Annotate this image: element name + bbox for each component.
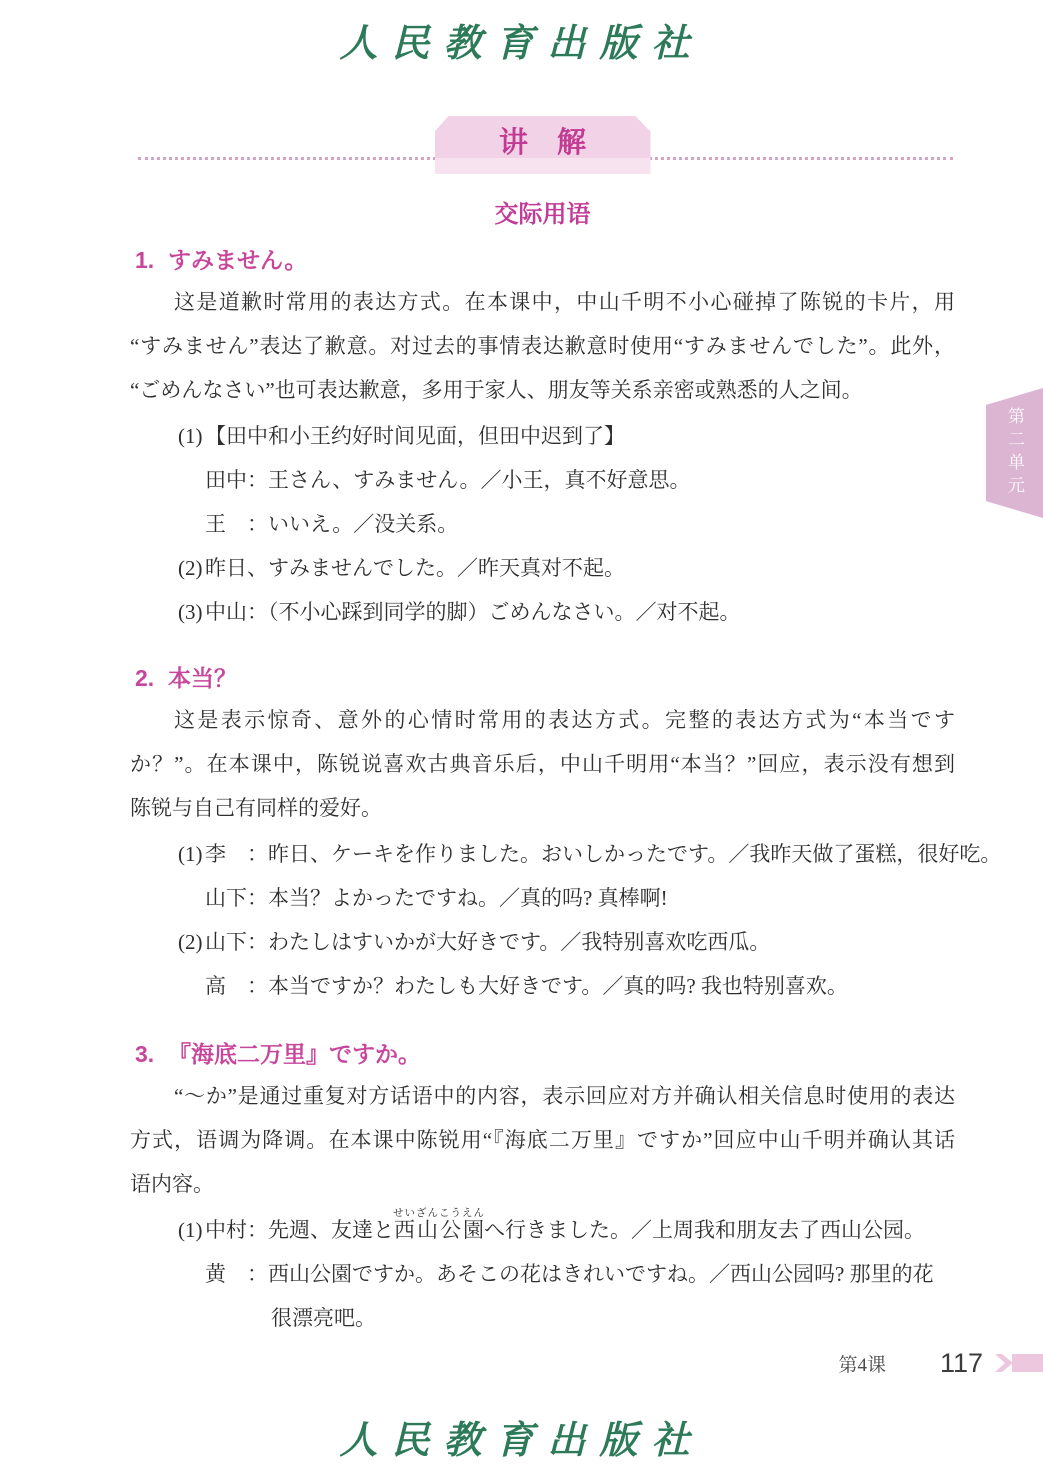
section-number: 3. [135, 1038, 168, 1070]
paragraph-line: 陈锐与自己有同样的爱好。 [130, 786, 955, 830]
speaker-name: 黄 ： [205, 1262, 268, 1286]
section-banner: 讲 解 [130, 116, 955, 174]
section-1-examples: (1)【田中和小王约好时间见面，但田中迟到了】 田中：王さん、すみません。／小王… [130, 414, 955, 634]
example-number: (2) [178, 920, 205, 964]
example-number: (2) [178, 546, 205, 590]
dialogue-text: （不小心踩到同学的脚）ごめんなさい。／对不起。 [268, 600, 741, 624]
speaker-name: 山下： [205, 886, 268, 910]
dialogue-line: 高 ：本当ですか？わたしも大好きです。／真的吗? 我也特别喜欢。 [178, 964, 955, 1008]
dialogue-text: いいえ。／没关系。 [268, 512, 458, 536]
section-1: 1.すみません。 这是道歉时常用的表达方式。在本课中，中山千明不小心碰掉了陈锐的… [130, 244, 955, 634]
unit-tab-label: 第二单元 [1002, 407, 1027, 499]
speaker-name: 田中： [205, 468, 268, 492]
section-3: 3.『海底二万里』ですか。 “～か”是通过重复对方话语中的内容，表示回应对方并确… [130, 1038, 955, 1340]
example-number: (1) [178, 832, 205, 876]
lesson-label: 第4课 [838, 1350, 886, 1377]
dialogue-line: 王 ：いいえ。／没关系。 [178, 502, 955, 546]
dialogue-text: 昨日、ケーキを作りました。おいしかったです。／我昨天做了蛋糕，很好吃。 [268, 842, 1001, 866]
ruby-pre-text: 先週、友達と [268, 1218, 394, 1242]
dialogue-text: 本当？よかったですね。／真的吗? 真棒啊! [268, 886, 668, 910]
dialogue-text: わたしはすいかが大好きです。／我特别喜欢吃西瓜。 [268, 930, 770, 954]
dialogue-line: (2)昨日、すみませんでした。／昨天真对不起。 [178, 546, 955, 590]
dialogue-line: 山下：本当？よかったですね。／真的吗? 真棒啊! [178, 876, 955, 920]
ruby-post-text: へ行きました。／上周我和朋友去了西山公园。 [484, 1218, 925, 1242]
dialogue-line: 田中：王さん、すみません。／小王，真不好意思。 [178, 458, 955, 502]
section-number: 1. [135, 244, 168, 276]
paragraph-line: “～か”是通过重复对方话语中的内容，表示回应对方并确认相关信息时使用的表达 [130, 1074, 955, 1118]
section-title: すみません。 [168, 247, 307, 273]
page-footer: 第4课 117 [0, 1348, 1043, 1378]
dialogue-line: (2)山下：わたしはすいかが大好きです。／我特别喜欢吃西瓜。 [178, 920, 955, 964]
section-1-heading: 1.すみません。 [135, 244, 955, 276]
speaker-name: 王 ： [205, 512, 268, 536]
unit-tab: 第二单元 [986, 388, 1043, 518]
paragraph-line: “すみません”表达了歉意。对过去的事情表达歉意时使用“すみませんでした”。此外， [130, 324, 955, 368]
dialogue-line: (1)中村：先週、友達と西山公園せいざんこうえんへ行きました。／上周我和朋友去了… [178, 1208, 955, 1252]
paragraph-line: “ごめんなさい”也可表达歉意，多用于家人、朋友等关系亲密或熟悉的人之间。 [130, 368, 955, 412]
speaker-name: 中山： [205, 600, 268, 624]
dialogue-text: 很漂亮吧。 [205, 1306, 376, 1330]
dialogue-text: 先週、友達と西山公園せいざんこうえんへ行きました。／上周我和朋友去了西山公园。 [268, 1218, 925, 1242]
speaker-name: 山下： [205, 930, 268, 954]
ruby-base: 西山公園 [393, 1218, 485, 1242]
dialogue-line: 黄 ：西山公園ですか。あそこの花はきれいですね。／西山公园吗? 那里的花 [178, 1252, 955, 1296]
textbook-page: 人民教育出版社 讲 解 交际用语 1.すみません。 这是道歉时常用的表达方式。在… [0, 0, 1043, 1474]
page-subtitle: 交际用语 [130, 200, 955, 230]
section-2: 2.本当？ 这是表示惊奇、意外的心情时常用的表达方式。完整的表达方式为“本当です… [130, 662, 955, 1008]
section-2-examples: (1)李 ：昨日、ケーキを作りました。おいしかったです。／我昨天做了蛋糕，很好吃… [130, 832, 955, 1008]
example-number: (1) [178, 414, 205, 458]
section-title: 『海底二万里』ですか。 [168, 1041, 421, 1067]
section-number: 2. [135, 662, 168, 694]
dialogue-line-continuation: 很漂亮吧。 [178, 1296, 955, 1340]
chevron-right-icon [995, 1354, 1043, 1372]
speaker-name: 中村： [205, 1218, 268, 1242]
section-title: 本当？ [168, 665, 237, 691]
paragraph-line: 这是表示惊奇、意外的心情时常用的表达方式。完整的表达方式为“本当です [130, 698, 955, 742]
page-content: 讲 解 交际用语 1.すみません。 这是道歉时常用的表达方式。在本课中，中山千明… [130, 100, 955, 1340]
dialogue-line: (1)李 ：昨日、ケーキを作りました。おいしかったです。／我昨天做了蛋糕，很好吃… [178, 832, 955, 876]
paragraph-line: か？”。在本课中，陈锐说喜欢古典音乐后，中山千明用“本当？”回应，表示没有想到 [130, 742, 955, 786]
banner-shape: 讲 解 [435, 116, 651, 174]
dialogue-text: 本当ですか？わたしも大好きです。／真的吗? 我也特别喜欢。 [268, 974, 848, 998]
dialogue-text: 王さん、すみません。／小王，真不好意思。 [268, 468, 691, 492]
paragraph-line: 这是道歉时常用的表达方式。在本课中，中山千明不小心碰掉了陈锐的卡片，用 [130, 280, 955, 324]
paragraph-line: 语内容。 [130, 1162, 955, 1206]
speaker-name: 李 ： [205, 842, 268, 866]
dialogue-line: (3)中山：（不小心踩到同学的脚）ごめんなさい。／对不起。 [178, 590, 955, 634]
paragraph-line: 方式，语调为降调。在本课中陈锐用“『海底二万里』ですか”回应中山千明并确认其话 [130, 1118, 955, 1162]
dialogue-line: (1)【田中和小王约好时间见面，但田中迟到了】 [178, 414, 955, 458]
dialogue-text: 【田中和小王约好时间见面，但田中迟到了】 [205, 424, 625, 448]
publisher-logo-bottom: 人民教育出版社 [0, 1409, 1043, 1464]
example-number: (1) [178, 1208, 205, 1252]
dialogue-text: 昨日、すみませんでした。／昨天真对不起。 [205, 556, 625, 580]
page-number: 117 [940, 1348, 983, 1379]
section-3-examples: (1)中村：先週、友達と西山公園せいざんこうえんへ行きました。／上周我和朋友去了… [130, 1208, 955, 1340]
publisher-logo-top: 人民教育出版社 [0, 12, 1043, 67]
ruby-annotated-word: 西山公園せいざんこうえん [394, 1218, 484, 1242]
furigana-text: せいざんこうえん [393, 1208, 485, 1219]
section-3-heading: 3.『海底二万里』ですか。 [135, 1038, 955, 1070]
dialogue-text: 西山公園ですか。あそこの花はきれいですね。／西山公园吗? 那里的花 [268, 1262, 934, 1286]
section-2-heading: 2.本当？ [135, 662, 955, 694]
example-number: (3) [178, 590, 205, 634]
banner-title: 讲 解 [499, 120, 586, 161]
speaker-name: 高 ： [205, 974, 268, 998]
